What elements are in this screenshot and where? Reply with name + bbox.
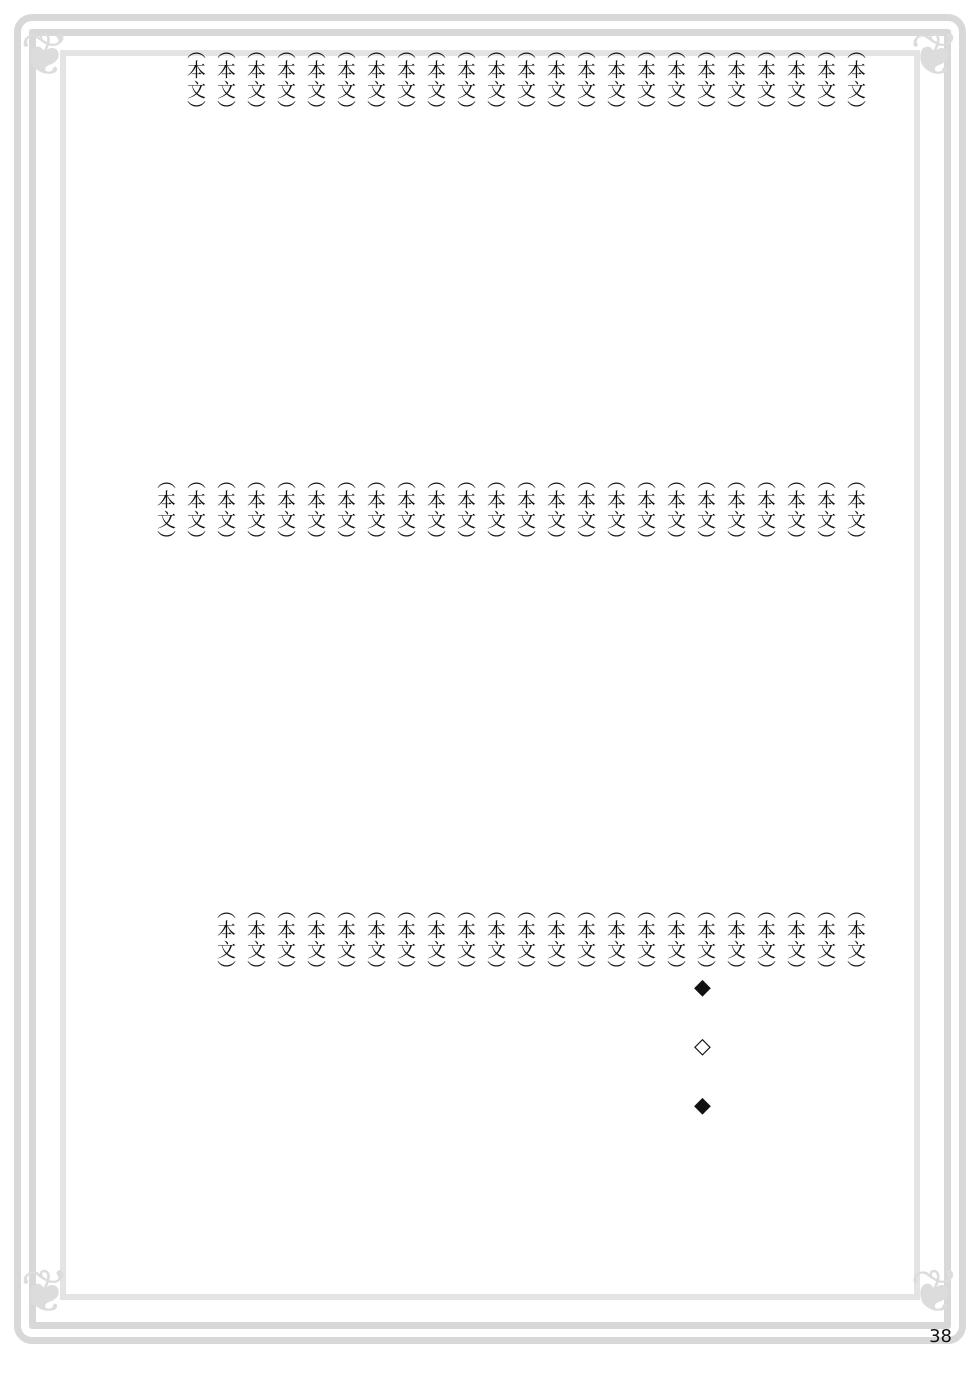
corner-ornament-icon: ❦ [20,1257,70,1327]
text-column: （本文） [270,40,300,460]
text-column: （本文） [360,470,390,890]
text-column: （本文） [780,40,810,460]
text-column: （本文） [270,900,300,1320]
text-column: （本文） [660,40,690,460]
corner-ornament-icon: ❦ [910,20,960,90]
text-column: （本文） [240,900,270,1320]
text-column: （本文） [600,40,630,460]
text-column: （本文） [270,470,300,890]
text-column: （本文） [210,900,240,1320]
text-column: （本文） [840,900,870,1320]
text-block-middle: （本文）（本文）（本文）（本文）（本文）（本文）（本文）（本文）（本文）（本文）… [130,470,870,890]
text-column: （本文） [210,470,240,890]
text-column: （本文） [690,470,720,890]
text-column: （本文） [840,470,870,890]
text-column: （本文） [480,470,510,890]
text-column: （本文） [510,40,540,460]
text-column: （本文） [390,40,420,460]
text-column: （本文） [810,470,840,890]
text-column: （本文） [180,470,210,890]
text-column: （本文） [210,40,240,460]
text-column: （本文） [540,900,570,1320]
text-block-bottom: （本文）（本文）（本文）（本文）（本文）（本文）（本文）（本文）（本文）（本文）… [150,900,870,1320]
text-column: （本文） [720,470,750,890]
text-column: （本文） [810,40,840,460]
text-column: （本文） [720,900,750,1320]
text-column: （本文） [180,40,210,460]
text-column: （本文） [450,40,480,460]
text-column: （本文） [630,900,660,1320]
text-column: （本文） [480,900,510,1320]
text-column: （本文） [240,470,270,890]
text-column: （本文） [420,900,450,1320]
text-column: （本文） [150,470,180,890]
text-column: （本文） [540,470,570,890]
text-column: （本文） [570,470,600,890]
text-column: （本文） [810,900,840,1320]
text-column: （本文） [780,900,810,1320]
text-column: （本文） [360,900,390,1320]
corner-ornament-icon: ❦ [910,1257,960,1327]
text-column: （本文） [570,40,600,460]
text-column: （本文） [450,900,480,1320]
text-column: （本文） [660,470,690,890]
text-column: （本文） [480,40,510,460]
text-column: （本文） [570,900,600,1320]
text-column: （本文） [300,900,330,1320]
text-block-top: （本文）（本文）（本文）（本文）（本文）（本文）（本文）（本文）（本文）（本文）… [90,40,870,460]
text-column: （本文） [330,470,360,890]
text-column: （本文） [540,40,570,460]
text-column: （本文） [390,470,420,890]
scene-break-marker: ◆◇◆ [690,975,715,1152]
text-column: （本文） [630,470,660,890]
text-column: （本文） [600,470,630,890]
text-column: （本文） [300,40,330,460]
text-column: （本文） [360,40,390,460]
text-column: （本文） [600,900,630,1320]
text-column: （本文） [750,900,780,1320]
text-column: （本文） [300,470,330,890]
text-column: （本文） [510,900,540,1320]
page-number: 38 [929,1326,952,1347]
text-column: （本文） [750,40,780,460]
text-column: （本文） [240,40,270,460]
text-column: （本文） [510,470,540,890]
text-column: （本文） [630,40,660,460]
text-column: （本文） [690,40,720,460]
text-column: （本文） [420,470,450,890]
text-column: （本文） [660,900,690,1320]
text-column: （本文） [780,470,810,890]
corner-ornament-icon: ❦ [20,20,70,90]
text-column: （本文） [390,900,420,1320]
text-column: （本文） [450,470,480,890]
text-column: （本文） [330,40,360,460]
text-column: （本文） [840,40,870,460]
text-column: （本文） [420,40,450,460]
text-column: （本文） [720,40,750,460]
text-column: （本文） [330,900,360,1320]
text-column: （本文） [750,470,780,890]
